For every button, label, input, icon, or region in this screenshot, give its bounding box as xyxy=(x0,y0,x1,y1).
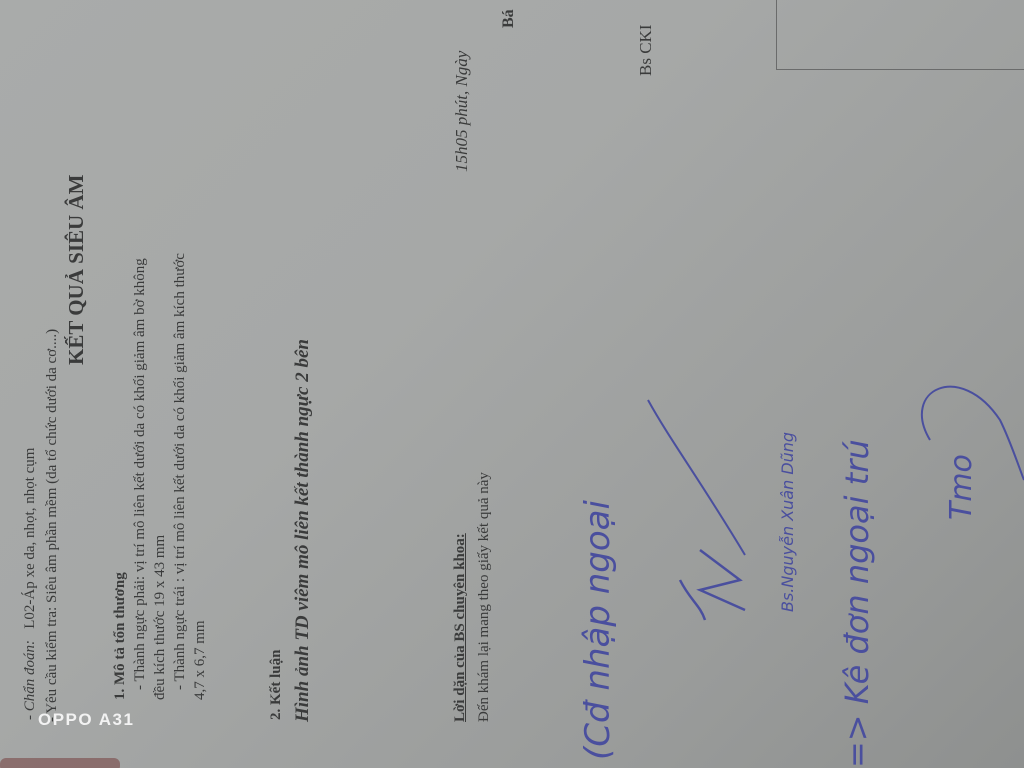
signature-strokes xyxy=(0,0,1024,768)
camera-watermark: OPPO A31 xyxy=(38,710,134,730)
photo-edge xyxy=(0,758,120,768)
